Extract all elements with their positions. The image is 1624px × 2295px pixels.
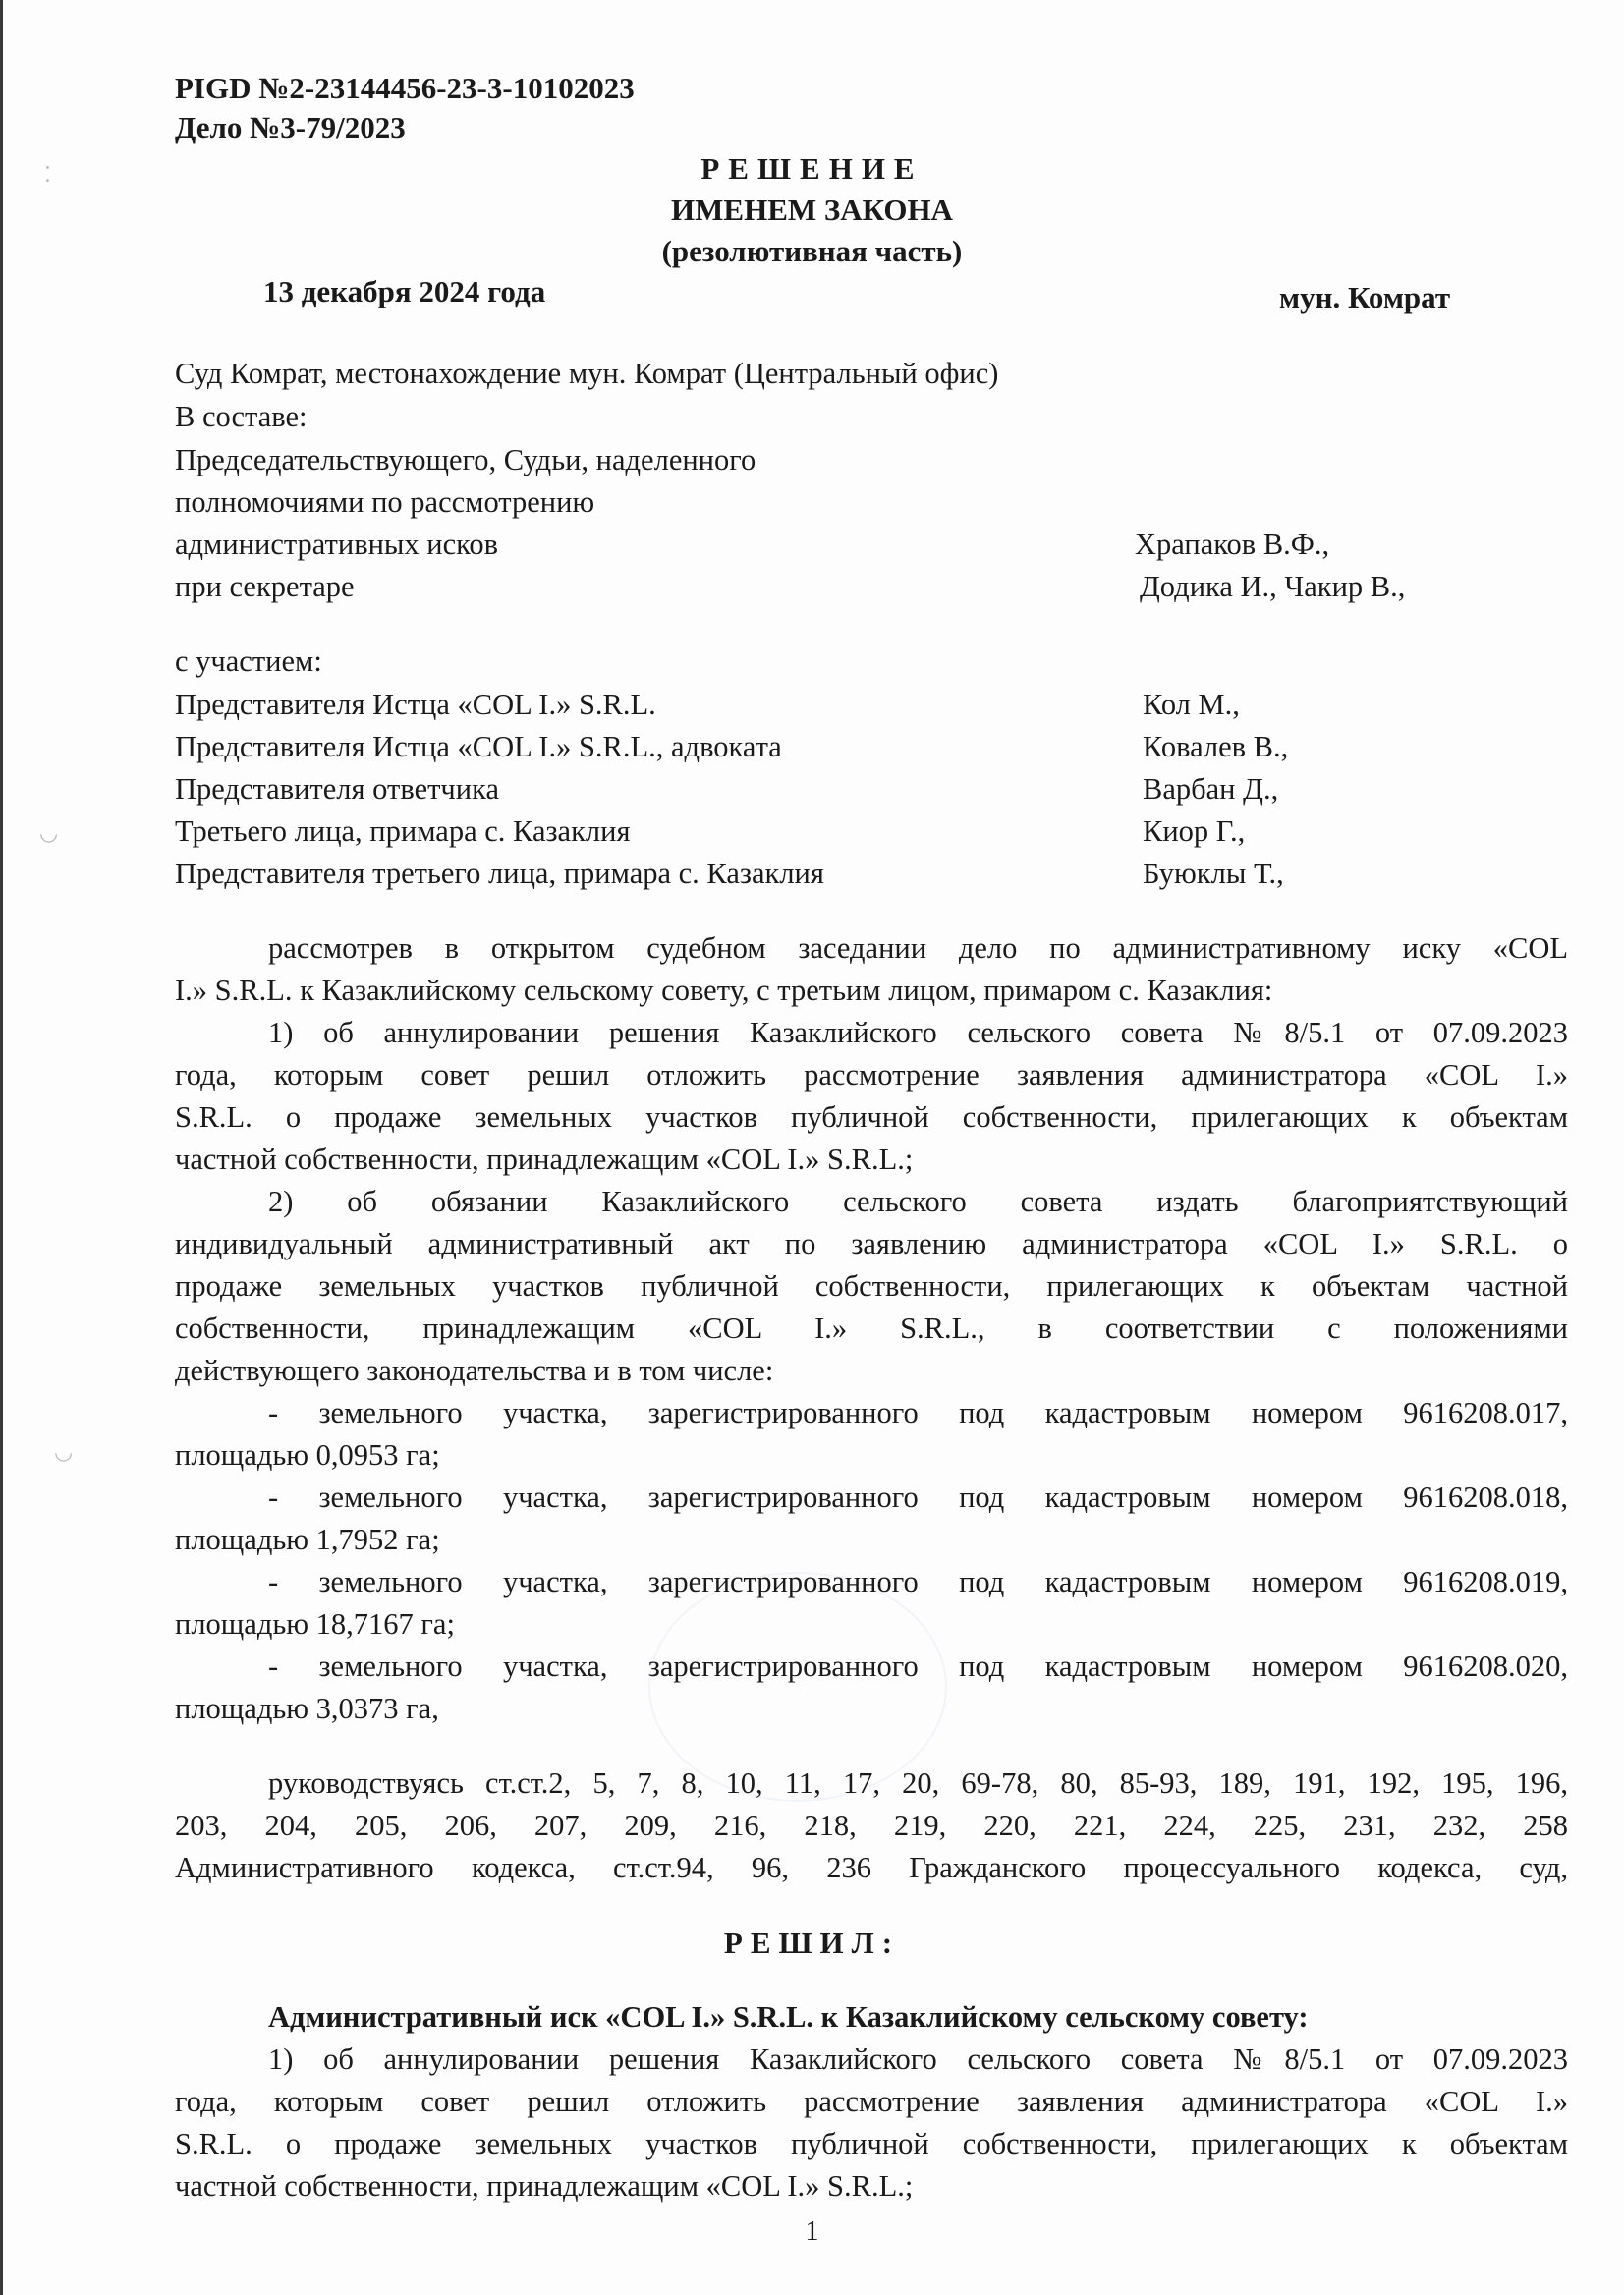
- case-number: Дело №3-79/2023: [175, 110, 406, 145]
- considered-line: S.R.L. о продаже земельных участков публ…: [175, 1100, 1568, 1140]
- parcel-area: площадью 3,0373 га,: [175, 1692, 439, 1726]
- participant-name: Киор Г.,: [1143, 814, 1245, 849]
- participant-role: Третьего лица, примара с. Казаклия: [175, 814, 631, 849]
- considered-line: года, которым совет решил отложить рассм…: [175, 1058, 1568, 1097]
- composition-label: В составе:: [175, 400, 308, 434]
- participant-name: Буюклы Т.,: [1143, 857, 1284, 891]
- document-page: ⁚ ◡ ◡ PIGD №2-23144456-23-3-10102023 Дел…: [0, 0, 1624, 2295]
- considered-line: рассмотрев в открытом судебном заседании…: [175, 931, 1568, 971]
- participant-role: Представителя третьего лица, примара с. …: [175, 857, 824, 891]
- decided-line: года, которым совет решил отложить рассм…: [175, 2085, 1568, 2124]
- pigd-number: PIGD №2-23144456-23-3-10102023: [175, 71, 635, 106]
- decided-heading: РЕШИЛ:: [0, 1926, 1624, 1961]
- claim-heading: Административный иск «COL I.» S.R.L. к К…: [268, 2000, 1309, 2035]
- participant-name: Кол М.,: [1143, 688, 1240, 722]
- parcel-area: площадью 0,0953 га;: [175, 1438, 440, 1473]
- parcel-line: - земельного участка, зарегистрированног…: [175, 1481, 1568, 1520]
- considered-line: I.» S.R.L. к Казаклийскому сельскому сов…: [175, 974, 1272, 1008]
- considered-line: 1) об аннулировании решения Казаклийског…: [175, 1016, 1568, 1055]
- decision-date: 13 декабря 2024 года: [263, 274, 545, 309]
- presiding-line: Председательствующего, Судьи, наделенног…: [175, 443, 756, 477]
- considered-line: собственности, принадлежащим «COL I.» S.…: [175, 1312, 1568, 1351]
- considered-line: индивидуальный административный акт по з…: [175, 1227, 1568, 1266]
- decided-line: частной собственности, принадлежащим «CO…: [175, 2169, 913, 2204]
- decided-line: 1) об аннулировании решения Казаклийског…: [175, 2043, 1568, 2082]
- document-part: (резолютивная часть): [0, 234, 1624, 269]
- presiding-line: полномочиями по рассмотрению: [175, 485, 594, 520]
- parcel-line: - земельного участка, зарегистрированног…: [175, 1396, 1568, 1435]
- decision-place: мун. Комрат: [1279, 280, 1450, 315]
- considered-line: продаже земельных участков публичной соб…: [175, 1269, 1568, 1309]
- considered-line: 2) об обязании Казаклийского сельского с…: [175, 1185, 1568, 1224]
- participant-name: Ковалев В.,: [1143, 730, 1288, 764]
- secretary-names: Додика И., Чакир В.,: [1140, 570, 1405, 604]
- parcel-line: - земельного участка, зарегистрированног…: [175, 1650, 1568, 1689]
- presiding-line: административных исков: [175, 528, 498, 562]
- participant-role: Представителя Истца «COL I.» S.R.L., адв…: [175, 730, 782, 764]
- considered-line: действующего законодательства и в том чи…: [175, 1354, 773, 1388]
- parcel-line: - земельного участка, зарегистрированног…: [175, 1565, 1568, 1604]
- scan-mark: ◡: [39, 820, 58, 846]
- legal-basis-line: руководствуясь ст.ст.2, 5, 7, 8, 10, 11,…: [175, 1766, 1568, 1806]
- decided-line: S.R.L. о продаже земельных участков публ…: [175, 2127, 1568, 2166]
- court-name: Суд Комрат, местонахождение мун. Комрат …: [175, 357, 998, 391]
- participant-name: Варбан Д.,: [1143, 772, 1278, 807]
- page-number: 1: [0, 2216, 1624, 2248]
- document-subtitle: ИМЕНЕМ ЗАКОНА: [0, 193, 1624, 228]
- legal-basis-line: Административного кодекса, ст.ст.94, 96,…: [175, 1851, 1568, 1890]
- document-title: РЕШЕНИЕ: [0, 151, 1624, 187]
- parcel-area: площадью 18,7167 га;: [175, 1607, 455, 1642]
- secretary-label: при секретаре: [175, 570, 355, 604]
- considered-line: частной собственности, принадлежащим «CO…: [175, 1143, 913, 1177]
- presiding-judge-name: Храпаков В.Ф.,: [1135, 528, 1329, 562]
- legal-basis-line: 203, 204, 205, 206, 207, 209, 216, 218, …: [175, 1809, 1568, 1848]
- participant-role: Представителя ответчика: [175, 772, 499, 807]
- parcel-area: площадью 1,7952 га;: [175, 1523, 440, 1557]
- participants-label: с участием:: [175, 644, 322, 679]
- participant-role: Представителя Истца «COL I.» S.R.L.: [175, 688, 656, 722]
- scan-mark: ◡: [54, 1439, 73, 1465]
